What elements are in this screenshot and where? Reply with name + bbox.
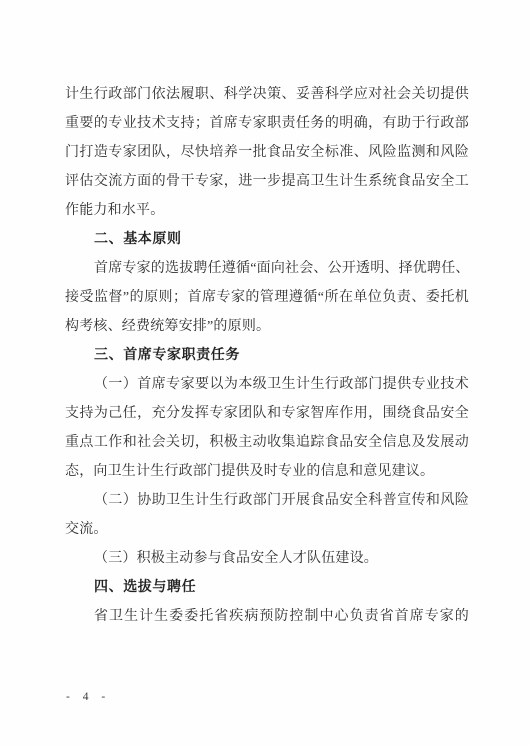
text-line: 门打造专家团队，尽快培养一批食品安全标准、风险监测和风险 (65, 138, 469, 167)
text-line: 作能力和水平。 (65, 196, 469, 225)
text-line: 交流。 (65, 515, 469, 544)
text-line: 首席专家的选拔聘任遵循“面向社会、公开透明、择优聘任、 (65, 254, 469, 283)
heading-section-2-basic-principles: 二、基本原则 (65, 225, 469, 254)
text-line: （三）积极主动参与食品安全人才队伍建设。 (65, 544, 469, 573)
text-line: 支持为己任，充分发挥专家团队和专家智库作用，围绕食品安全 (65, 399, 469, 428)
text-line: 评估交流方面的骨干专家，进一步提高卫生计生系统食品安全工 (65, 167, 469, 196)
text-line: 省卫生计生委委托省疾病预防控制中心负责省首席专家的 (65, 602, 469, 631)
text-line: （二）协助卫生计生行政部门开展食品安全科普宣传和风险 (65, 486, 469, 515)
page-number: - 4 - (66, 690, 110, 704)
text-line: （一）首席专家要以为本级卫生计生行政部门提供专业技术 (65, 370, 469, 399)
document-text-block: 计生行政部门依法履职、科学决策、妥善科学应对社会关切提供 重要的专业技术支持；首… (65, 80, 469, 631)
text-line: 构考核、经费统筹安排”的原则。 (65, 312, 469, 341)
heading-section-3-chief-expert-duties: 三、首席专家职责任务 (65, 341, 469, 370)
text-line: 重点工作和社会关切，积极主动收集追踪食品安全信息及发展动 (65, 428, 469, 457)
heading-section-4-selection-appointment: 四、选拔与聘任 (65, 573, 469, 602)
document-page: 计生行政部门依法履职、科学决策、妥善科学应对社会关切提供 重要的专业技术支持；首… (0, 0, 529, 746)
text-line: 计生行政部门依法履职、科学决策、妥善科学应对社会关切提供 (65, 80, 469, 109)
text-line: 态，向卫生计生行政部门提供及时专业的信息和意见建议。 (65, 457, 469, 486)
text-line: 重要的专业技术支持；首席专家职责任务的明确，有助于行政部 (65, 109, 469, 138)
text-line: 接受监督”的原则；首席专家的管理遵循“所在单位负责、委托机 (65, 283, 469, 312)
